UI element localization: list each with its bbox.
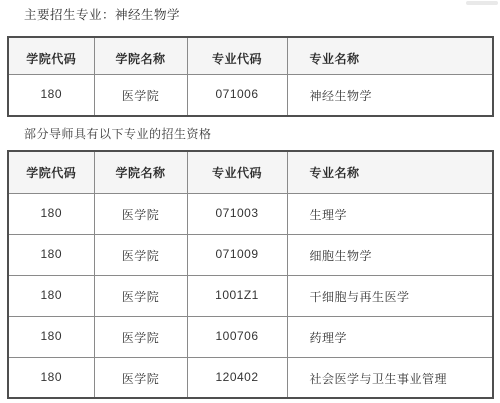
column-header-college-code: 学院代码 <box>8 151 94 193</box>
column-header-major-name: 专业名称 <box>287 37 493 74</box>
table-cell: 180 <box>8 275 94 316</box>
table-cell: 医学院 <box>94 193 187 234</box>
column-header-major-code: 专业代码 <box>187 151 287 193</box>
table-cell: 药理学 <box>287 316 493 357</box>
table-cell: 180 <box>8 193 94 234</box>
table-cell: 医学院 <box>94 74 187 116</box>
table-cell: 生理学 <box>287 193 493 234</box>
table-cell: 120402 <box>187 357 287 398</box>
table-cell: 1001Z1 <box>187 275 287 316</box>
table-row: 180医学院071006神经生物学 <box>8 74 493 116</box>
table-row: 180医学院071003生理学 <box>8 193 493 234</box>
column-header-college-name: 学院名称 <box>94 151 187 193</box>
table-cell: 100706 <box>187 316 287 357</box>
header-row: 学院代码 学院名称 专业代码 专业名称 <box>8 37 493 74</box>
main-major-table-body: 180医学院071006神经生物学 <box>8 74 493 116</box>
column-header-college-name: 学院名称 <box>94 37 187 74</box>
table-row: 180医学院120402社会医学与卫生事业管理 <box>8 357 493 398</box>
main-major-table-header: 学院代码 学院名称 专业代码 专业名称 <box>8 37 493 74</box>
header-row: 学院代码 学院名称 专业代码 专业名称 <box>8 151 493 193</box>
table-cell: 180 <box>8 357 94 398</box>
table-cell: 医学院 <box>94 275 187 316</box>
table-cell: 180 <box>8 74 94 116</box>
table-cell: 180 <box>8 316 94 357</box>
table-cell: 干细胞与再生医学 <box>287 275 493 316</box>
table-cell: 社会医学与卫生事业管理 <box>287 357 493 398</box>
page-title: 主要招生专业：神经生物学 <box>24 8 500 22</box>
column-header-major-name: 专业名称 <box>287 151 493 193</box>
other-majors-table-header: 学院代码 学院名称 专业代码 专业名称 <box>8 151 493 193</box>
column-header-major-code: 专业代码 <box>187 37 287 74</box>
table-cell: 071003 <box>187 193 287 234</box>
table-cell: 071009 <box>187 234 287 275</box>
main-major-table: 学院代码 学院名称 专业代码 专业名称 180医学院071006神经生物学 <box>7 36 494 117</box>
table-cell: 神经生物学 <box>287 74 493 116</box>
column-header-college-code: 学院代码 <box>8 37 94 74</box>
other-majors-table: 学院代码 学院名称 专业代码 专业名称 180医学院071003生理学180医学… <box>7 150 494 399</box>
table-cell: 医学院 <box>94 316 187 357</box>
table-row: 180医学院1001Z1干细胞与再生医学 <box>8 275 493 316</box>
section-note: 部分导师具有以下专业的招生资格 <box>24 127 500 141</box>
table-row: 180医学院100706药理学 <box>8 316 493 357</box>
other-majors-table-body: 180医学院071003生理学180医学院071009细胞生物学180医学院10… <box>8 193 493 398</box>
table-cell: 医学院 <box>94 234 187 275</box>
table-cell: 医学院 <box>94 357 187 398</box>
corner-artifact <box>466 1 498 5</box>
table-row: 180医学院071009细胞生物学 <box>8 234 493 275</box>
table-cell: 细胞生物学 <box>287 234 493 275</box>
table-cell: 071006 <box>187 74 287 116</box>
table-cell: 180 <box>8 234 94 275</box>
